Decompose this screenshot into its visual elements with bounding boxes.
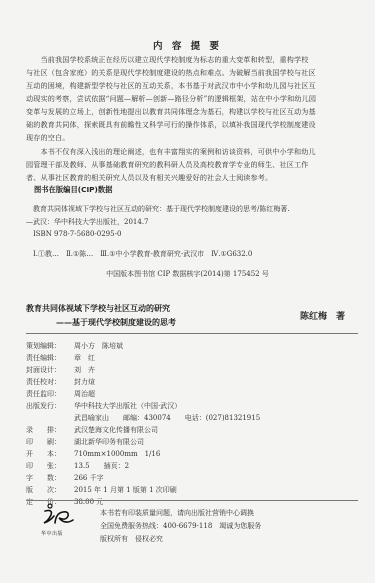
summary-line: 者、从事社区教育的相关研究人员以及有相关兴趣爱好的社会人士阅读参考。 (26, 171, 272, 184)
cip-isbn: ISBN 978-7-5680-0295-0 (26, 229, 121, 239)
credit-label: 责任编辑： (26, 353, 74, 363)
book-author: 陈红梅 著 (300, 309, 345, 322)
credit-row: 责任监印：周治超 (26, 389, 95, 399)
credit-row: 开 本：710mm×1000mm 1/16 (26, 449, 160, 459)
credit-value: 章 红 (74, 354, 95, 362)
credit-value: 周小方 陈培斌 (74, 342, 123, 350)
publisher-logo-icon (41, 503, 75, 527)
divider-bottom (26, 500, 358, 501)
cip-record-line: 教育共同体视域下学校与社区互动的研究：基于现代学校制度建设的思考/陈红梅著. (26, 204, 290, 214)
credit-label: 印 张： (26, 461, 74, 471)
credit-label: 版 次： (26, 485, 74, 495)
credit-value: 13.5 插页：2 (74, 462, 129, 470)
summary-line: 园管理干部及教师、从事基础教育研究的教科研人员及高校教育学专业的师生、社区工作 (26, 158, 309, 171)
credit-value: 湖北新华印务有限公司 (74, 438, 144, 446)
credit-row: 印 张：13.5 插页：2 (26, 461, 129, 471)
cip-classification: Ⅰ.①教… Ⅱ.①陈… Ⅲ.①中小学教育-教育研究-武汉市 Ⅳ.①G632.0 (26, 249, 252, 259)
credit-label: 录 排： (26, 425, 74, 435)
book-title-main: 教育共同体视域下学校与社区互动的研究 (26, 303, 170, 314)
summary-line: 当前我国学校系统正在经历以建立现代学校制度为标志的重大变革和转型，重构学校 (26, 53, 309, 66)
credit-label: 责任监印： (26, 389, 74, 399)
publisher-logo-text: 华中出版 (41, 530, 63, 537)
credit-row: 录 排：武汉楚海文化传播有限公司 (26, 425, 158, 435)
cip-approval-number: 中国版本图书馆 CIP 数据核字(2014)第 175452 号 (0, 269, 375, 279)
divider-top (26, 333, 358, 334)
credit-label: 印 刷： (26, 437, 74, 447)
credit-label: 策划编辑： (26, 341, 74, 351)
cip-publisher-line: —武汉：华中科技大学出版社，2014.7 (26, 217, 149, 227)
summary-line: 与社区（包含家庭）的关系是现代学校制度建设的热点和难点。为破解当前我国学校与社区 (26, 66, 316, 79)
summary-line: 础的教育共同体，探索既具有前瞻性又科学可行的操作体系，以填补我国现代学校制度建设 (26, 118, 316, 131)
credit-label: 封面设计： (26, 365, 74, 375)
credit-row: 印 刷：湖北新华印务有限公司 (26, 437, 144, 447)
credit-label: 责任校对： (26, 377, 74, 387)
summary-title: 内 容 提 要 (0, 38, 375, 52)
credit-row: 策划编辑：周小方 陈培斌 (26, 341, 123, 351)
credit-value: 刘 卉 (74, 366, 95, 374)
footer-line: 本书若有印装质量问题，请向出版社营销中心调换 (100, 508, 254, 518)
credit-value: 封力煊 (74, 378, 95, 386)
cip-heading: 图书在版编目(CIP)数据 (34, 185, 112, 195)
credit-value: 周治超 (74, 390, 95, 398)
credit-row: 封面设计：刘 卉 (26, 365, 95, 375)
credit-value: 710mm×1000mm 1/16 (74, 450, 160, 458)
credit-label: 开 本： (26, 449, 74, 459)
credit-row: 武昌喻家山 邮编：430074 电话：(027)81321915 (26, 413, 260, 423)
credit-row: 字 数：266 千字 (26, 473, 104, 483)
book-title-sub: ——基于现代学校制度建设的思考 (56, 317, 176, 328)
credit-value: 2015 年 1 月第 1 版第 1 次印刷 (74, 486, 177, 494)
credit-value: 武汉楚海文化传播有限公司 (74, 426, 158, 434)
summary-line: 本书不仅有深入浅出的理论阐述，也有丰富翔实的案例和访谈资料，可供中小学和幼儿 (26, 145, 316, 158)
credit-value: 266 千字 (74, 474, 104, 482)
credit-row: 出版发行：华中科技大学出版社（中国·武汉） (26, 401, 181, 411)
credit-value: 武昌喻家山 邮编：430074 电话：(027)81321915 (74, 414, 260, 422)
credit-label: 字 数： (26, 473, 74, 483)
footer-line: 版权所有 侵权必究 (100, 534, 163, 544)
copyright-page: 内 容 提 要 当前我国学校系统正在经历以建立现代学校制度为标志的重大变革和转型… (0, 0, 375, 583)
credit-value: 华中科技大学出版社（中国·武汉） (74, 402, 181, 410)
summary-line: 变革与发展的立场上，创新性地提出以教育共同体理念为基石，构建以学校与社区互动为基 (26, 105, 316, 118)
credit-row: 责任编辑：章 红 (26, 353, 95, 363)
credit-label: 出版发行： (26, 401, 74, 411)
credit-row: 版 次：2015 年 1 月第 1 版第 1 次印刷 (26, 485, 177, 495)
summary-line: 互动的困境，构建新型学校与社区的互动关系，本书基于对武汉市中小学和幼儿园与社区互 (26, 79, 316, 92)
credit-row: 责任校对：封力煊 (26, 377, 95, 387)
summary-line: 动现实的考察，尝试依据“问题—解析—创新—路径分析”的逻辑框架，站在中小学和幼儿… (26, 92, 316, 105)
footer-line: 全国免费服务热线：400-6679-118 竭诚为您服务 (100, 521, 261, 531)
summary-line: 现存的空白。 (26, 131, 69, 144)
